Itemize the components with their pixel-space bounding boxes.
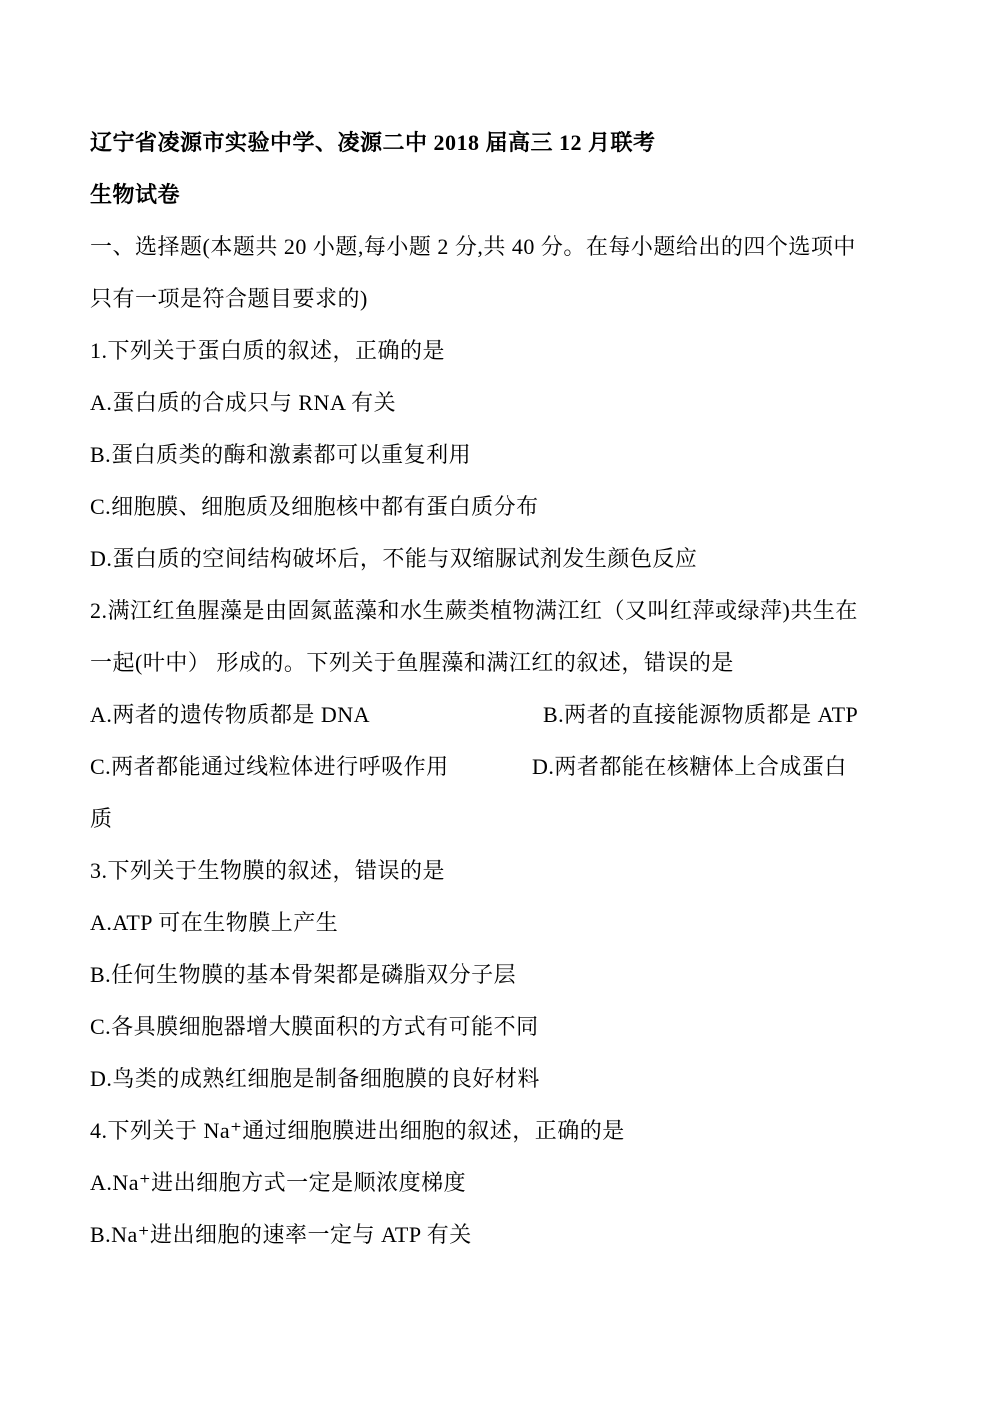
- q2-option-c: C.两者都能通过线粒体进行呼吸作用: [90, 752, 532, 781]
- q4-stem: 4.下列关于 Na⁺通过细胞膜进出细胞的叙述，正确的是: [90, 1116, 933, 1145]
- q2-option-b: B.两者的直接能源物质都是 ATP: [543, 702, 858, 727]
- q2-stem-line2: 一起(叶中） 形成的。下列关于鱼腥藻和满江红的叙述，错误的是: [90, 648, 933, 677]
- q2-options-row-cd: C.两者都能通过线粒体进行呼吸作用D.两者都能在核糖体上合成蛋白: [90, 752, 933, 781]
- paper-name: 生物试卷: [90, 180, 933, 209]
- q1-option-d: D.蛋白质的空间结构破坏后，不能与双缩脲试剂发生颜色反应: [90, 544, 933, 573]
- document-title: 辽宁省凌源市实验中学、凌源二中 2018 届高三 12 月联考: [90, 128, 933, 157]
- q3-option-d: D.鸟类的成熟红细胞是制备细胞膜的良好材料: [90, 1064, 933, 1093]
- q1-option-b: B.蛋白质类的酶和激素都可以重复利用: [90, 440, 933, 469]
- q2-option-d-line2: 质: [90, 804, 933, 833]
- q1-option-a: A.蛋白质的合成只与 RNA 有关: [90, 388, 933, 417]
- exam-document: 辽宁省凌源市实验中学、凌源二中 2018 届高三 12 月联考 生物试卷 一、选…: [0, 0, 993, 1249]
- q3-stem: 3.下列关于生物膜的叙述，错误的是: [90, 856, 933, 885]
- q2-option-d-line1: D.两者都能在核糖体上合成蛋白: [532, 754, 847, 779]
- q2-options-row-ab: A.两者的遗传物质都是 DNAB.两者的直接能源物质都是 ATP: [90, 700, 933, 729]
- q4-option-b: B.Na⁺进出细胞的速率一定与 ATP 有关: [90, 1220, 933, 1249]
- q3-option-b: B.任何生物膜的基本骨架都是磷脂双分子层: [90, 960, 933, 989]
- q1-stem: 1.下列关于蛋白质的叙述，正确的是: [90, 336, 933, 365]
- q2-stem-line1: 2.满江红鱼腥藻是由固氮蓝藻和水生蕨类植物满江红（又叫红萍或绿萍)共生在: [90, 596, 933, 625]
- section-header-line1: 一、选择题(本题共 20 小题,每小题 2 分,共 40 分。在每小题给出的四个…: [90, 232, 933, 261]
- q3-option-a: A.ATP 可在生物膜上产生: [90, 908, 933, 937]
- q1-option-c: C.细胞膜、细胞质及细胞核中都有蛋白质分布: [90, 492, 933, 521]
- section-header-line2: 只有一项是符合题目要求的): [90, 284, 933, 313]
- q2-option-a: A.两者的遗传物质都是 DNA: [90, 700, 543, 729]
- q3-option-c: C.各具膜细胞器增大膜面积的方式有可能不同: [90, 1012, 933, 1041]
- q4-option-a: A.Na⁺进出细胞方式一定是顺浓度梯度: [90, 1168, 933, 1197]
